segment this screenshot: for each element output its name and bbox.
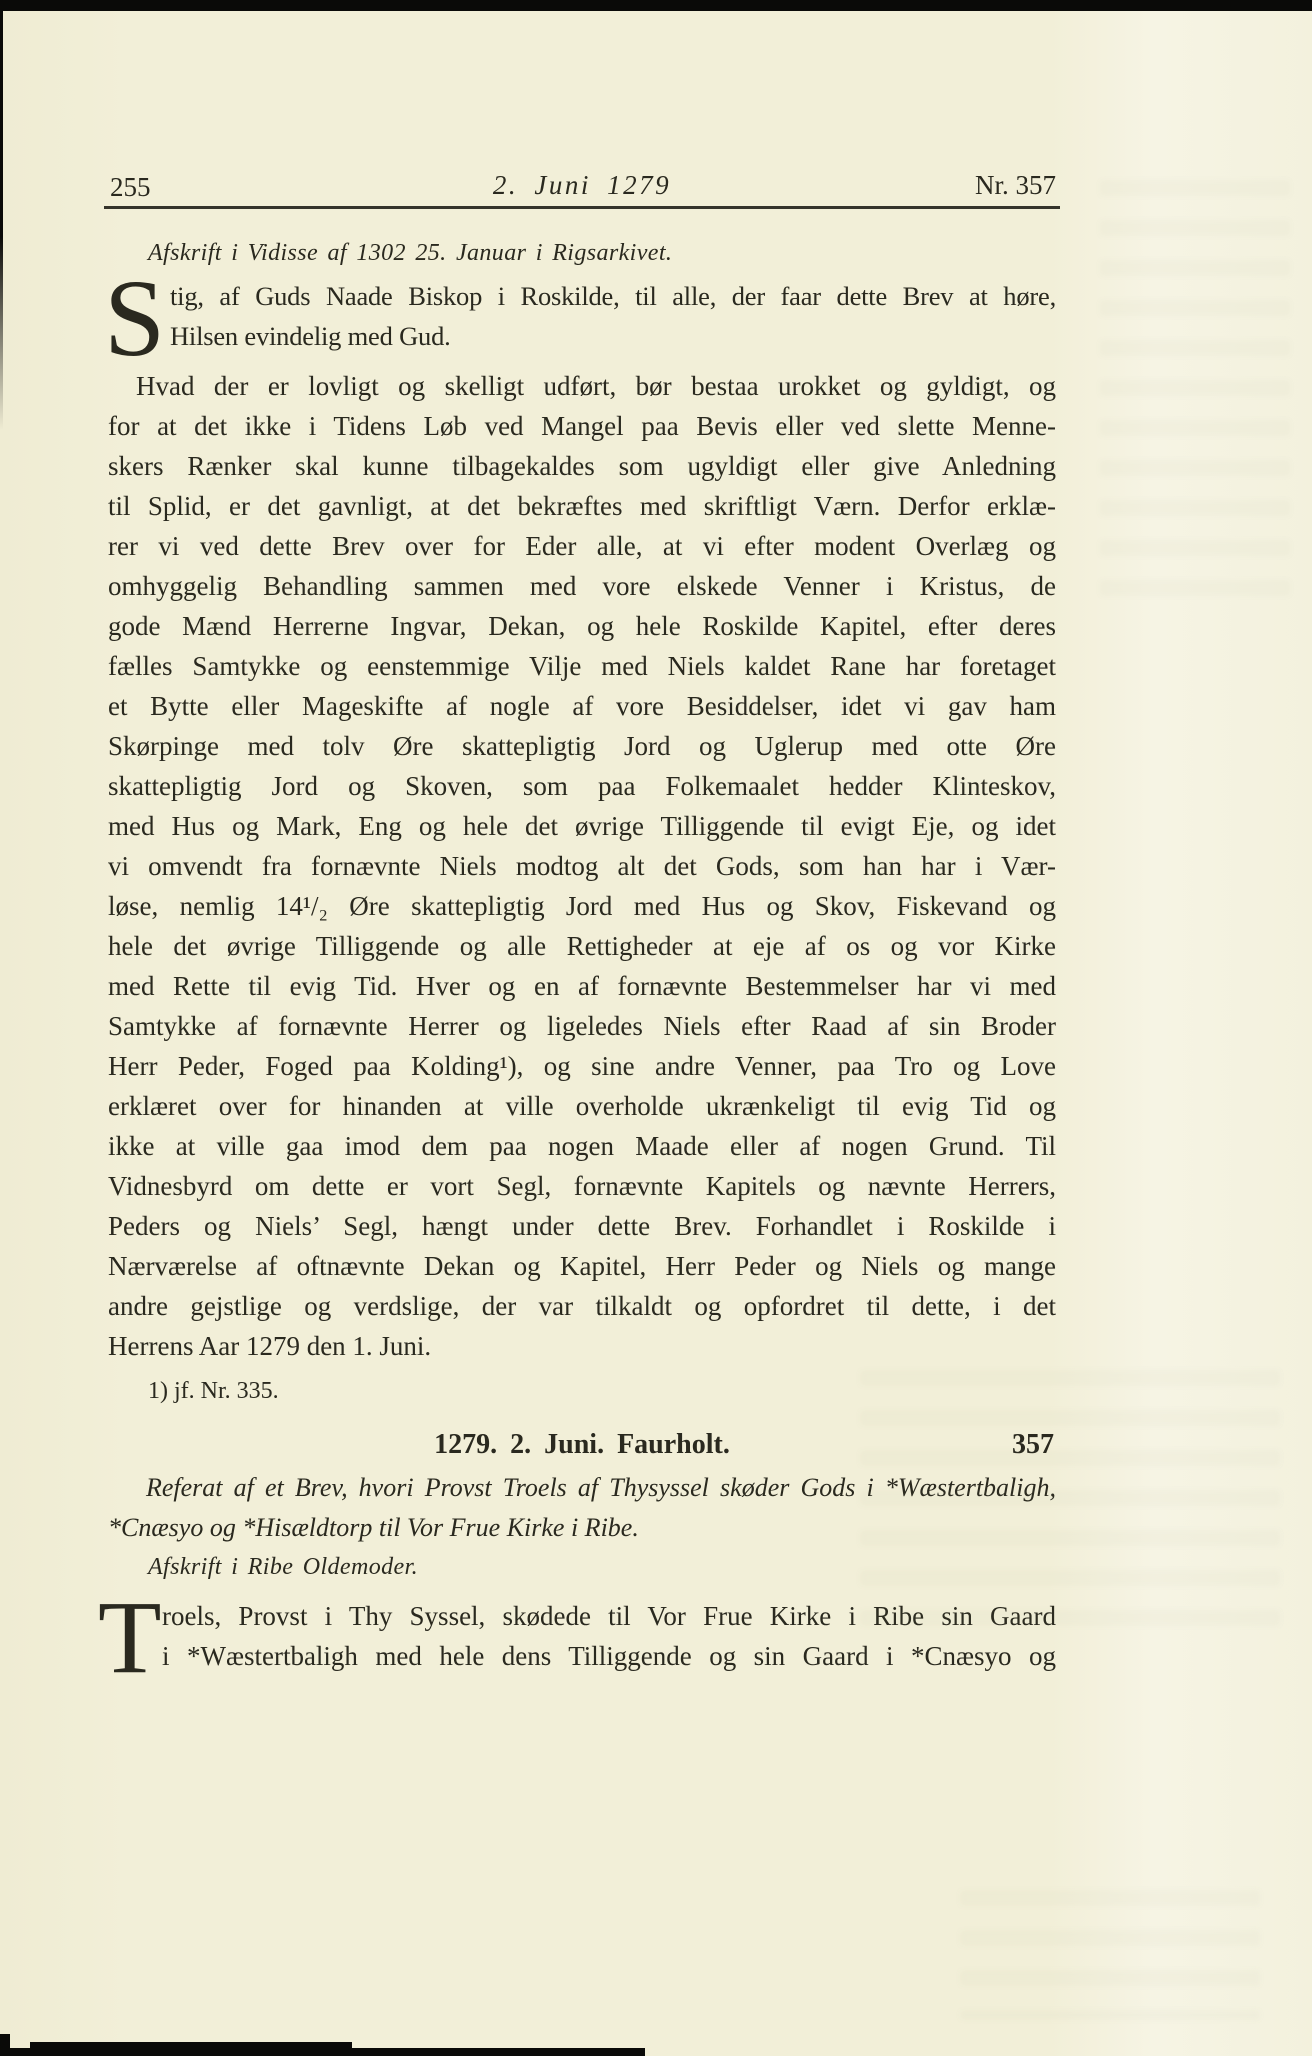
text-line: andre gejstlige og verdslige, der var ti… [108,1286,1056,1326]
text-line: skers Rænker skal kunne tilbagekaldes so… [108,446,1056,486]
scan-left-edge [0,0,3,430]
source-note-2: Afskrift i Ribe Oldemoder. [148,1552,418,1582]
text-line: rer vi ved dette Brev over for Eder alle… [108,526,1056,566]
scanned-book-page: { "page": { "header": { "page_number": "… [0,0,1312,2056]
text-line: skattepligtig Jord og Skoven, som paa Fo… [108,766,1056,806]
footnote: 1) jf. Nr. 335. [148,1376,279,1406]
drop-cap: S [104,274,165,362]
scan-bottom-band [30,2042,352,2056]
drop-cap: T [98,1594,162,1682]
text-line: i *Wæstertbaligh med hele dens Tilliggen… [108,1636,1056,1676]
bleed-through-smudge [960,1890,1260,2020]
text-line: hele det øvrige Tilliggende og alle Rett… [108,926,1056,966]
page-header: 255 2. Juni 1279 Nr. 357 [108,170,1056,202]
text-line: Hvad der er lovligt og skelligt udført, … [108,366,1056,406]
regest: Referat af et Brev, hvori Provst Troels … [108,1468,1056,1548]
text-line: Samtykke af fornævnte Herrer og ligelede… [108,1006,1056,1046]
text-line: vi omvendt fra fornævnte Niels modtog al… [108,846,1056,886]
text-line: fælles Samtykke og eenstemmige Vilje med… [108,646,1056,686]
text-line: tig, af Guds Naade Biskop i Roskilde, ti… [108,276,1056,316]
entry-heading: 1279. 2. Juni. Faurholt. 357 [108,1428,1056,1462]
text-line: ikke at ville gaa imod dem paa nogen Maa… [108,1126,1056,1166]
text-line: løse, nemlig 14¹/₂ Øre skattepligtig Jor… [108,886,1056,926]
running-date: 2. Juni 1279 [108,170,1056,200]
text-line: roels, Provst i Thy Syssel, skødede til … [108,1596,1056,1636]
text-line: omhyggelig Behandling sammen med vore el… [108,566,1056,606]
text-line: med Hus og Mark, Eng og hele det øvrige … [108,806,1056,846]
text-line: et Bytte eller Mageskifte af nogle af vo… [108,686,1056,726]
text-line: Herrens Aar 1279 den 1. Juni. [108,1326,1056,1366]
text-line: med Rette til evig Tid. Hver og en af fo… [108,966,1056,1006]
text-line: erklæret over for hinanden at ville over… [108,1086,1056,1126]
text-line: *Cnæsyo og *Hisældtorp til Vor Frue Kirk… [108,1508,1056,1548]
entry-heading-text: 1279. 2. Juni. Faurholt. [434,1429,730,1460]
charter-body-paragraph: Hvad der er lovligt og skelligt udført, … [108,366,1056,1366]
charter-2-paragraph: T roels, Provst i Thy Syssel, skødede ti… [108,1596,1056,1676]
source-note: Afskrift i Vidisse af 1302 25. Januar i … [148,238,672,268]
running-number: Nr. 357 [975,170,1056,200]
text-line: Nærværelse af oftnævnte Dekan og Kapitel… [108,1246,1056,1286]
text-line: Referat af et Brev, hvori Provst Troels … [108,1468,1056,1508]
text-line: Herr Peder, Foged paa Kolding¹), og sine… [108,1046,1056,1086]
text-line: til Splid, er det gavnligt, at det bekræ… [108,486,1056,526]
bleed-through-smudge [1100,180,1290,600]
text-line: for at det ikke i Tidens Løb ved Mangel … [108,406,1056,446]
entry-number: 357 [1012,1428,1054,1462]
text-line: gode Mænd Herrerne Ingvar, Dekan, og hel… [108,606,1056,646]
text-line: Peders og Niels’ Segl, hængt under dette… [108,1206,1056,1246]
charter-opening-paragraph: S tig, af Guds Naade Biskop i Roskilde, … [108,276,1056,356]
text-line: Skørpinge med tolv Øre skattepligtig Jor… [108,726,1056,766]
header-rule [104,206,1060,209]
text-line: Vidnesbyrd om dette er vort Segl, fornæv… [108,1166,1056,1206]
scan-top-band [0,0,1312,11]
text-line: Hilsen evindelig med Gud. [108,316,1056,356]
scan-bottom-band [0,2034,10,2056]
